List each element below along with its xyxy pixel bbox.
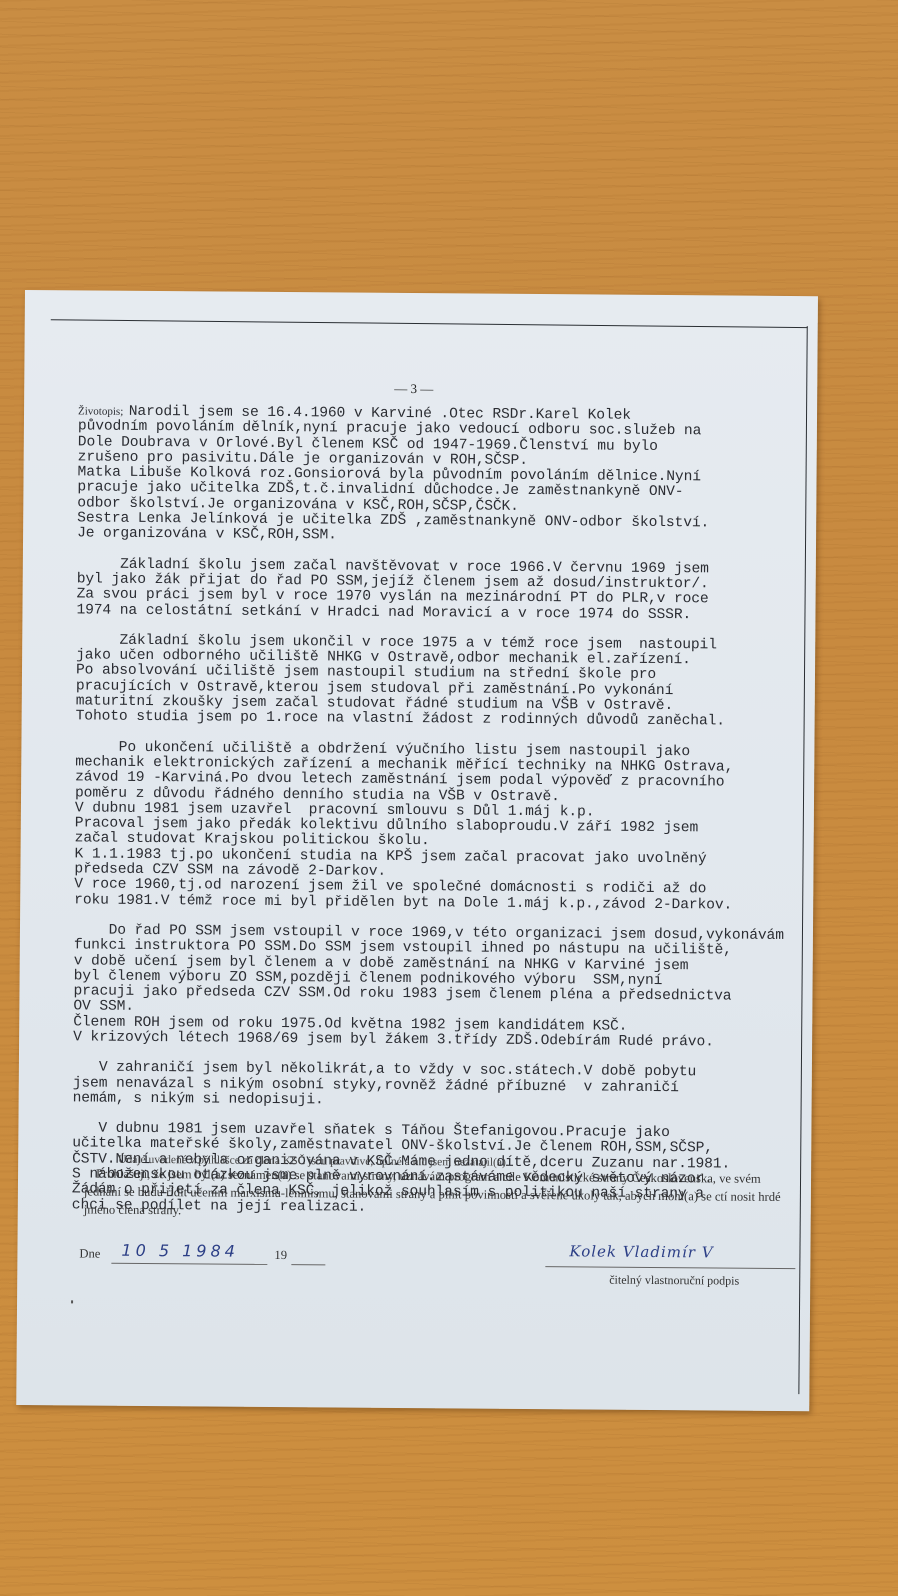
- document-page: — 3 — Životopis; Narodil jsem se 16.4.19…: [16, 290, 818, 1411]
- biography-paragraph: V zahraničí jsem byl několikrát,a to vžd…: [73, 1061, 813, 1113]
- page-number: — 3 —: [394, 381, 433, 397]
- biography-paragraph: Životopis; Narodil jsem se 16.4.1960 v K…: [77, 404, 818, 547]
- signature-underline: [545, 1266, 795, 1269]
- biography-paragraph: Základní školu jsem ukončil v roce 1975 …: [76, 633, 817, 731]
- date-underline: [111, 1263, 267, 1265]
- date-signature-row: Dne 10 5 1984 19 Kolek Vladimír V čiteln…: [79, 1240, 799, 1286]
- biography-text: Životopis; Narodil jsem se 16.4.1960 v K…: [72, 404, 818, 1234]
- typed-line: Tohoto studia jsem po 1.roce na vlastní …: [76, 710, 816, 731]
- biography-paragraph: Základní školu jsem začal navštěvovat v …: [76, 557, 816, 624]
- frame-top-line: [51, 319, 808, 328]
- signature-caption: čitelný vlastnoruční podpis: [609, 1273, 739, 1289]
- date-label: Dne: [79, 1246, 100, 1261]
- typed-line: V krizových létech 1968/69 jsem byl žáke…: [73, 1030, 813, 1051]
- biography-paragraph: Do řad PO SSM jsem vstoupil v roce 1969,…: [73, 923, 814, 1051]
- stray-mark: [71, 1300, 73, 1303]
- year-prefix: 19: [274, 1248, 287, 1263]
- year-underline: [291, 1264, 325, 1265]
- declaration-text: Prohlašuji, že jsem byl(a) seznámen(a) s…: [84, 1164, 784, 1223]
- signature: Kolek Vladimír V: [569, 1242, 713, 1261]
- date-value: 10 5 1984: [121, 1241, 239, 1261]
- zivotopis-label: Životopis;: [78, 405, 129, 417]
- biography-paragraph: Po ukončení učiliště a obdržení výučního…: [74, 740, 815, 914]
